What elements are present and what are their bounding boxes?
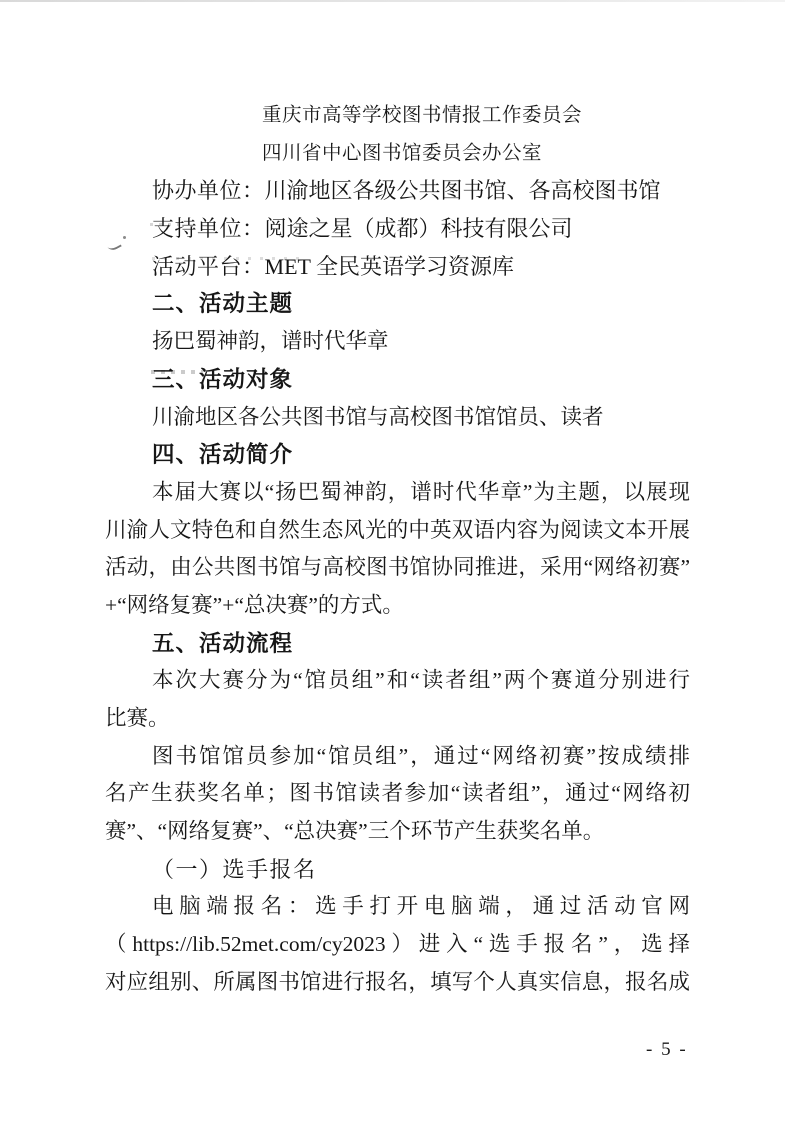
document-body: 重庆市高等学校图书情报工作委员会 四川省中心图书馆委员会办公室 协办单位：川渝地… (105, 97, 690, 1002)
body-line: 活动，由公共图书馆与高校图书馆协同推进，采用“网络初赛” (105, 549, 690, 587)
heading-activity-process: 五、活动流程 (152, 625, 690, 663)
heading-activity-intro: 四、活动简介 (152, 436, 690, 474)
heading-activity-audience: 三、活动对象 (152, 361, 690, 399)
meta-row-supporter: 支持单位：阅途之星（成都）科技有限公司 (152, 210, 690, 248)
meta-row-platform: 活动平台：MET 全民英语学习资源库 (152, 248, 690, 286)
body-line: 对应组别、所属图书馆进行报名，填写个人真实信息，报名成 (105, 964, 690, 1002)
meta-label: 支持单位： (152, 216, 265, 241)
heading-activity-theme: 二、活动主题 (152, 285, 690, 323)
meta-value: 阅途之星（成都）科技有限公司 (265, 216, 573, 241)
body-line: 赛”、“网络复赛”、“总决赛”三个环节产生获奖名单。 (105, 813, 690, 851)
meta-label: 活动平台： (152, 254, 265, 279)
body-line: 本次大赛分为“馆员组”和“读者组”两个赛道分别进行 (105, 662, 690, 700)
host-org-line: 四川省中心图书馆委员会办公室 (262, 135, 690, 173)
body-line: 图书馆馆员参加“馆员组”，通过“网络初赛”按成绩排 (105, 738, 690, 776)
host-org-line: 重庆市高等学校图书情报工作委员会 (262, 97, 690, 135)
body-line: 电脑端报名：选手打开电脑端，通过活动官网 (105, 888, 690, 926)
meta-row-co-organizer: 协办单位：川渝地区各级公共图书馆、各高校图书馆 (152, 172, 690, 210)
meta-value: 川渝地区各级公共图书馆、各高校图书馆 (265, 178, 661, 203)
meta-value: MET 全民英语学习资源库 (265, 254, 515, 279)
body-line: 川渝人文特色和自然生态风光的中英双语内容为阅读文本开展 (105, 512, 690, 550)
body-line-url: （https://lib.52met.com/cy2023）进入“选手报名”，选… (105, 926, 690, 964)
body-line: 名产生获奖名单；图书馆读者参加“读者组”，通过“网络初 (105, 775, 690, 813)
document-page: 重庆市高等学校图书情报工作委员会 四川省中心图书馆委员会办公室 协办单位：川渝地… (0, 0, 785, 1129)
body-line: +“网络复赛”+“总决赛”的方式。 (105, 587, 690, 625)
page-number: - 5 - (646, 1039, 688, 1061)
body-line: 比赛。 (105, 700, 690, 738)
subheading-player-registration: （一）选手报名 (152, 851, 690, 889)
scan-edge-line (0, 0, 785, 2)
body-line: 扬巴蜀神韵，谱时代华章 (152, 323, 690, 361)
body-line: 本届大赛以“扬巴蜀神韵，谱时代华章”为主题，以展现 (105, 474, 690, 512)
meta-label: 协办单位： (152, 178, 265, 203)
body-line: 川渝地区各公共图书馆与高校图书馆馆员、读者 (152, 399, 690, 437)
